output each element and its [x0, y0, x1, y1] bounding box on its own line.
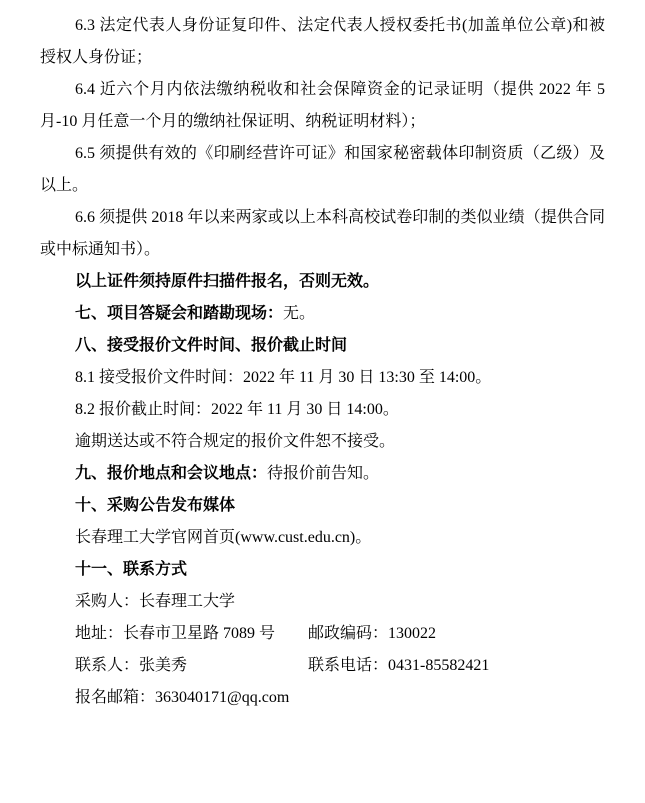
address-value: 地址：长春市卫星路 7089 号	[75, 618, 308, 650]
section-7-value: 无。	[283, 305, 315, 322]
section-11-heading: 十一、联系方式	[40, 554, 605, 586]
publish-media-line: 长春理工大学官网首页(www.cust.edu.cn)。	[40, 522, 605, 554]
section-10-heading: 十、采购公告发布媒体	[40, 490, 605, 522]
section-9-line: 九、报价地点和会议地点：待报价前告知。	[40, 458, 605, 490]
document-content: 6.3 法定代表人身份证复印件、法定代表人授权委托书(加盖单位公章)和被授权人身…	[0, 0, 645, 714]
postal-code-value: 邮政编码：130022	[308, 625, 436, 642]
contact-line: 联系人：张美秀联系电话：0431-85582421	[40, 650, 605, 682]
address-line: 地址：长春市卫星路 7089 号邮政编码：130022	[40, 618, 605, 650]
section-7-line: 七、项目答疑会和踏勘现场：无。	[40, 298, 605, 330]
scan-notice: 以上证件须持原件扫描件报名，否则无效。	[40, 266, 605, 298]
clause-8-2: 8.2 报价截止时间：2022 年 11 月 30 日 14:00。	[40, 394, 605, 426]
section-9-heading: 九、报价地点和会议地点：	[75, 465, 267, 482]
purchaser-line: 采购人：长春理工大学	[40, 586, 605, 618]
phone-value: 联系电话：0431-85582421	[308, 657, 489, 674]
late-delivery-note: 逾期送达或不符合规定的报价文件恕不接受。	[40, 426, 605, 458]
clause-6-3: 6.3 法定代表人身份证复印件、法定代表人授权委托书(加盖单位公章)和被授权人身…	[40, 10, 605, 74]
clause-8-1: 8.1 接受报价文件时间：2022 年 11 月 30 日 13:30 至 14…	[40, 362, 605, 394]
section-7-heading: 七、项目答疑会和踏勘现场：	[75, 305, 283, 322]
email-line: 报名邮箱：363040171@qq.com	[40, 682, 605, 714]
section-8-heading: 八、接受报价文件时间、报价截止时间	[40, 330, 605, 362]
clause-6-6: 6.6 须提供 2018 年以来两家或以上本科高校试卷印制的类似业绩（提供合同或…	[40, 202, 605, 266]
clause-6-5: 6.5 须提供有效的《印刷经营许可证》和国家秘密载体印制资质（乙级）及以上。	[40, 138, 605, 202]
section-9-value: 待报价前告知。	[267, 465, 379, 482]
document-page: 6.3 法定代表人身份证复印件、法定代表人授权委托书(加盖单位公章)和被授权人身…	[0, 0, 645, 803]
contact-person-value: 联系人：张美秀	[75, 650, 308, 682]
clause-6-4: 6.4 近六个月内依法缴纳税收和社会保障资金的记录证明（提供 2022 年 5 …	[40, 74, 605, 138]
